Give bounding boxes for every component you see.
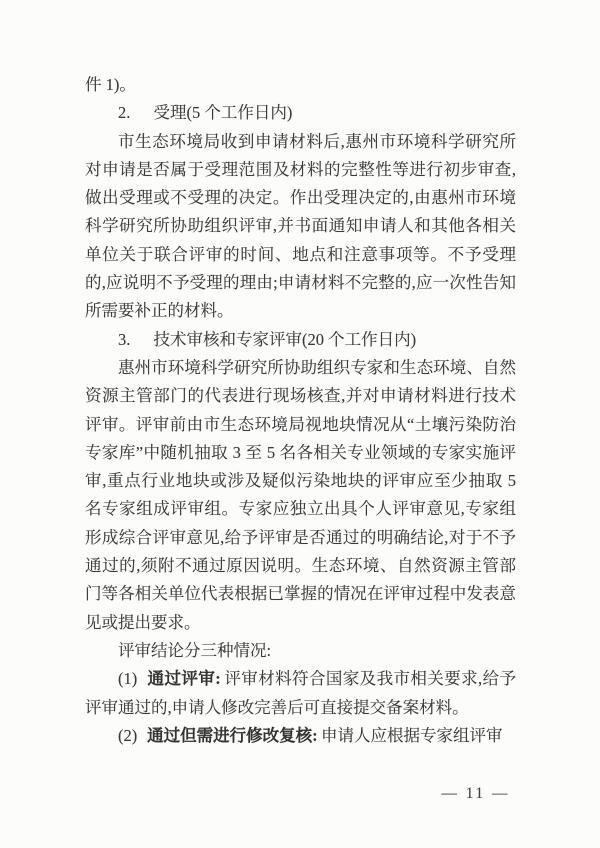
review-item-1-marker: (1)	[118, 669, 137, 688]
section-3-title: 技术审核和专家评审(20 个工作日内)	[153, 330, 416, 349]
section-2-number: 2.	[118, 103, 130, 122]
review-item-2-label: 通过但需进行修改复核:	[147, 726, 318, 745]
review-item-1-label: 通过评审:	[147, 669, 221, 688]
section-2-title: 受理(5 个工作日内)	[153, 103, 292, 122]
review-item-2-marker: (2)	[118, 726, 137, 745]
review-item-1: (1)通过评审:评审材料符合国家及我市相关要求,给予评审通过的,申请人修改完善后…	[85, 665, 516, 722]
section-2-paragraph: 市生态环境局收到申请材料后,惠州市环境科学研究所对申请是否属于受理范围及材料的完…	[85, 128, 516, 326]
section-3-heading: 3. 技术审核和专家评审(20 个工作日内)	[85, 326, 516, 354]
review-item-2-text: 申请人应根据专家组评审	[321, 726, 503, 745]
section-3-number: 3.	[118, 330, 130, 349]
document-page: 件 1)。 2. 受理(5 个工作日内) 市生态环境局收到申请材料后,惠州市环境…	[0, 0, 600, 848]
continuation-text: 件 1)。	[85, 71, 516, 99]
section-3-paragraph: 惠州市环境科学研究所协助组织专家和生态环境、自然资源主管部门的代表进行现场核查,…	[85, 354, 516, 637]
review-item-2: (2)通过但需进行修改复核:申请人应根据专家组评审	[85, 722, 516, 750]
document-content: 件 1)。 2. 受理(5 个工作日内) 市生态环境局收到申请材料后,惠州市环境…	[85, 71, 516, 750]
section-2-heading: 2. 受理(5 个工作日内)	[85, 99, 516, 127]
page-number: — 11 —	[441, 785, 510, 803]
review-conclusion-intro: 评审结论分三种情况:	[85, 637, 516, 665]
